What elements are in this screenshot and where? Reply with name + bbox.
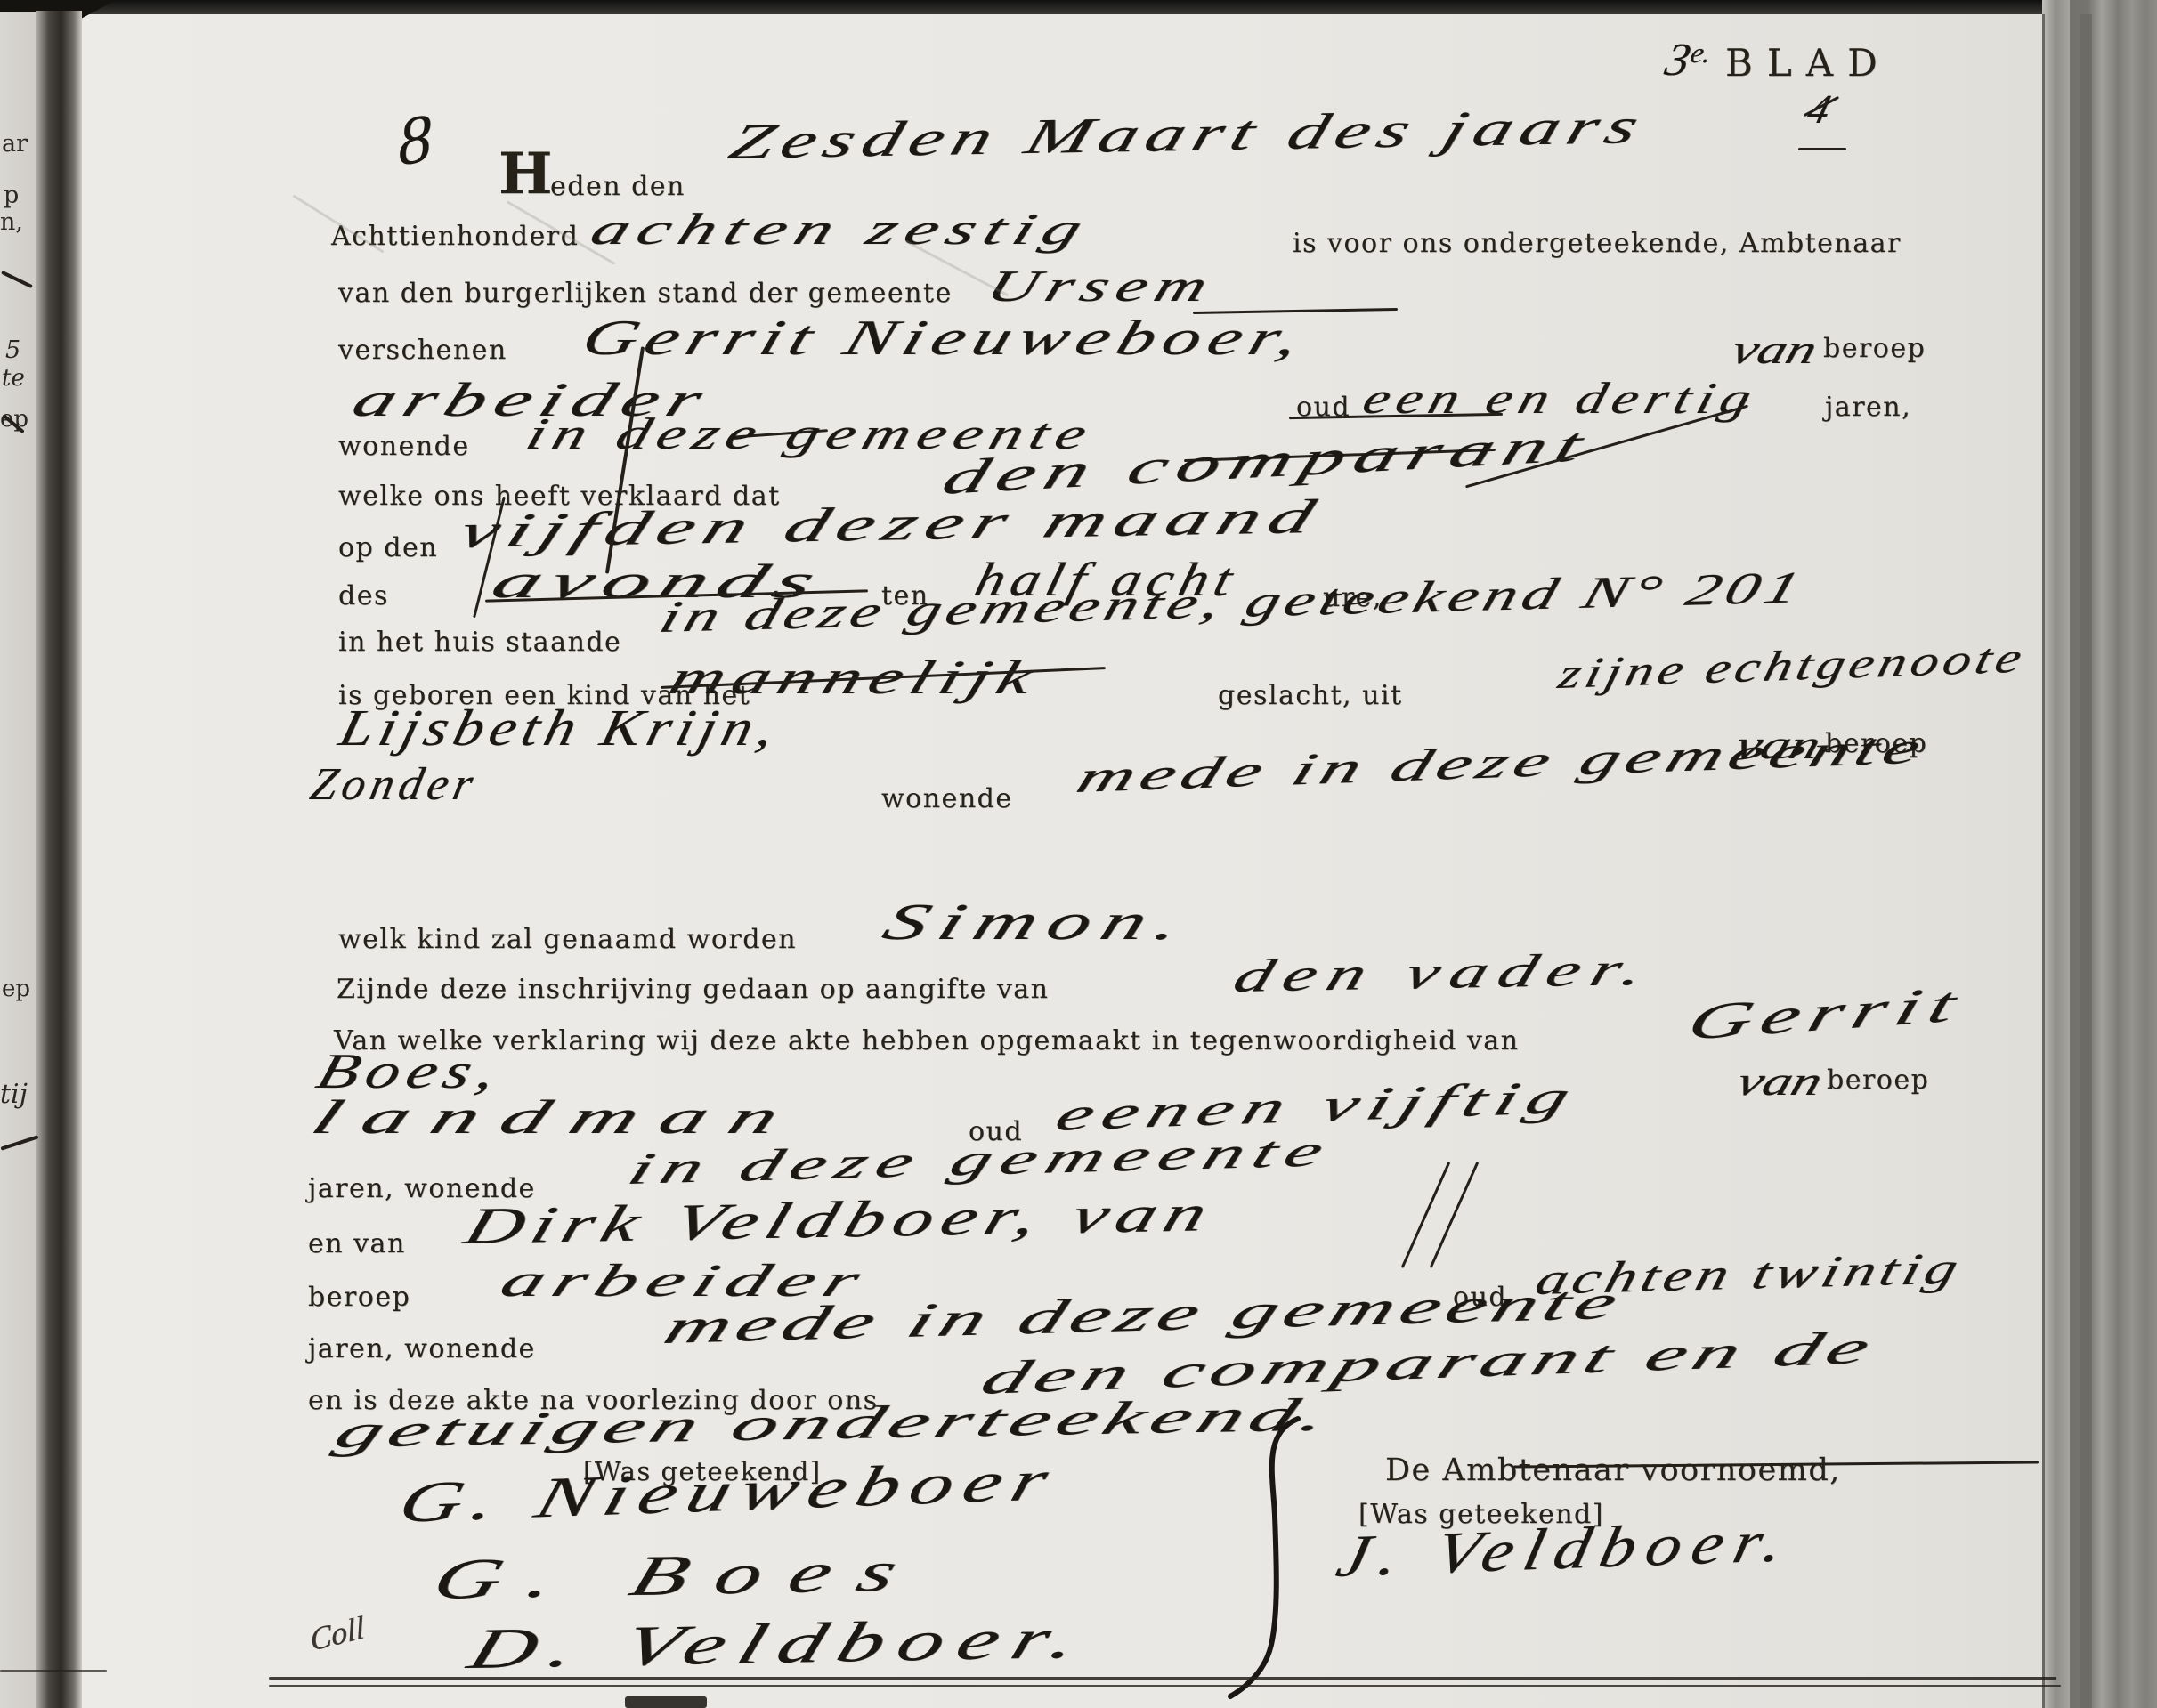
printed-burgerlijke-stand: van den burgerlijken stand der gemeente xyxy=(338,278,953,309)
margin-paraph: 8 xyxy=(397,99,433,182)
printed-beroep-4: beroep xyxy=(308,1282,410,1313)
hw-beroep-getuige1: landman xyxy=(304,1089,811,1145)
hw-gemeente-naam: Ursem xyxy=(980,260,1222,312)
printed-welk-kind: welk kind zal genaamd worden xyxy=(338,924,797,955)
hw-getuige2-naam: Dirk Veldboer, van xyxy=(458,1183,1223,1256)
printed-des: des xyxy=(338,580,389,611)
edge-fragment: tij xyxy=(0,1079,28,1110)
edge-fragment: te xyxy=(2,365,25,392)
printed-wonende-1: wonende xyxy=(338,431,470,462)
signature-getuige1: G. Boes xyxy=(425,1538,934,1613)
printed-zijnde-inschrijving: Zijnde deze inschrijving gedaan op aangi… xyxy=(337,974,1049,1005)
printed-verschenen: verschenen xyxy=(338,335,507,366)
printed-initial-H: H xyxy=(499,141,554,207)
vijftig-descender-stroke xyxy=(1430,1162,1480,1268)
printed-ambtenaar-voornoemd: De Ambtenaar voornoemd, xyxy=(1385,1453,1841,1488)
hw-year: achten zestig xyxy=(584,203,1099,255)
printed-achttienhonderd: Achttienhonderd xyxy=(331,221,579,252)
hw-beroep-moeder: Zonder xyxy=(305,758,482,811)
printed-is-voor-ons: is voor ons ondergeteekende, Ambtenaar xyxy=(1293,228,1902,259)
edge-fragment: ep xyxy=(0,406,28,433)
printed-beroep-1: beroep xyxy=(1823,333,1926,364)
bottom-rule-lower xyxy=(269,1685,2061,1687)
hw-woonplaats-moeder: mede in deze gemeente xyxy=(1070,721,1934,803)
hw-aangifte-door: den vader. xyxy=(1227,943,1662,1004)
printed-op-den: op den xyxy=(338,532,438,563)
printed-jaren-wonende-2: jaren, wonende xyxy=(308,1333,536,1364)
photo-top-edge xyxy=(0,0,2157,14)
printed-in-het-huis: in het huis staande xyxy=(338,627,621,658)
printed-van-welke-verklaring: Van welke verklaring wij deze akte hebbe… xyxy=(334,1025,1519,1056)
vijftig-descender-stroke xyxy=(1401,1162,1451,1268)
next-act-peek-mark xyxy=(625,1696,707,1708)
edge-fragment: 5 xyxy=(5,336,20,364)
birth-register-page-scan: ar p n, 5 te ep ep tij 3e. BLAD 4 8 H ed… xyxy=(0,0,2157,1708)
hw-kind-naam: Simon. xyxy=(875,892,1201,951)
act-number-underline xyxy=(1798,148,1846,150)
edge-fragment: ar xyxy=(2,130,28,158)
right-edge-streak xyxy=(2080,14,2092,1708)
printed-heden-den: eden den xyxy=(550,171,685,202)
printed-en-van: en van xyxy=(308,1228,406,1259)
bottom-rule-upper xyxy=(269,1677,2056,1680)
signature-bracket-stroke xyxy=(1211,1413,1326,1703)
previous-page-sliver xyxy=(0,12,39,1708)
hw-date: Zesden Maart des jaars xyxy=(722,98,1654,171)
collation-margin-note: Coll xyxy=(308,1608,366,1659)
printed-geslacht-uit: geslacht, uit xyxy=(1218,680,1403,711)
printed-wonende-2: wonende xyxy=(881,783,1013,814)
edge-fragment: p xyxy=(4,182,19,209)
signature-getuige2: D. Veldboer. xyxy=(460,1606,1100,1683)
sheet-number-handwritten: 3e. xyxy=(1660,34,1715,86)
edge-fragment: ep xyxy=(2,975,30,1002)
hw-aangever-naam: Gerrit Nieuweboer, xyxy=(575,310,1315,367)
printed-jaren-1: jaren, xyxy=(1825,392,1911,423)
printed-beroep-3: beroep xyxy=(1827,1064,1929,1096)
hw-van-3: van xyxy=(1731,1057,1829,1105)
signature-aangever: G. Nieuweboer xyxy=(392,1447,1066,1537)
hw-getuige1-voornaam: Gerrit xyxy=(1681,975,1972,1052)
hw-moeder-naam: Lijsbeth Krijn, xyxy=(334,698,787,757)
bottom-rule-left-stub xyxy=(0,1670,107,1672)
book-gutter-shadow xyxy=(36,11,82,1708)
right-page-edges xyxy=(2042,0,2157,1708)
edge-fragment: n, xyxy=(0,208,23,236)
sheet-word-blad: BLAD xyxy=(1725,41,1892,85)
hw-echtgenoote: zijne echtgenoote xyxy=(1553,633,2031,699)
right-edge-dark-line xyxy=(2042,14,2045,1708)
hw-van-1: van xyxy=(1726,326,1823,373)
